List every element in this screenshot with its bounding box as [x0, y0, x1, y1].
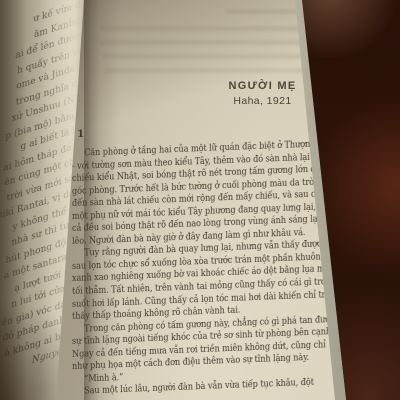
showthrough-line — [100, 26, 325, 31]
story-title: NGƯỜI MẸ — [180, 80, 345, 92]
story-body-text: Căn phòng ở tầng hai của một lữ quán đặc… — [72, 139, 305, 399]
showthrough-line — [100, 40, 330, 45]
chapter-heading: NGƯỜI MẸ Haha, 1921 — [180, 80, 345, 107]
showthrough-line — [225, 9, 320, 14]
gutter-crease-shadow — [84, 0, 100, 400]
showthrough-line — [104, 68, 304, 73]
story-subtitle: Haha, 1921 — [180, 95, 345, 107]
showthrough-line — [102, 54, 322, 59]
book-photo: ư kế vừa đàăm Kanbunai để lên đườngh quấ… — [0, 0, 400, 400]
